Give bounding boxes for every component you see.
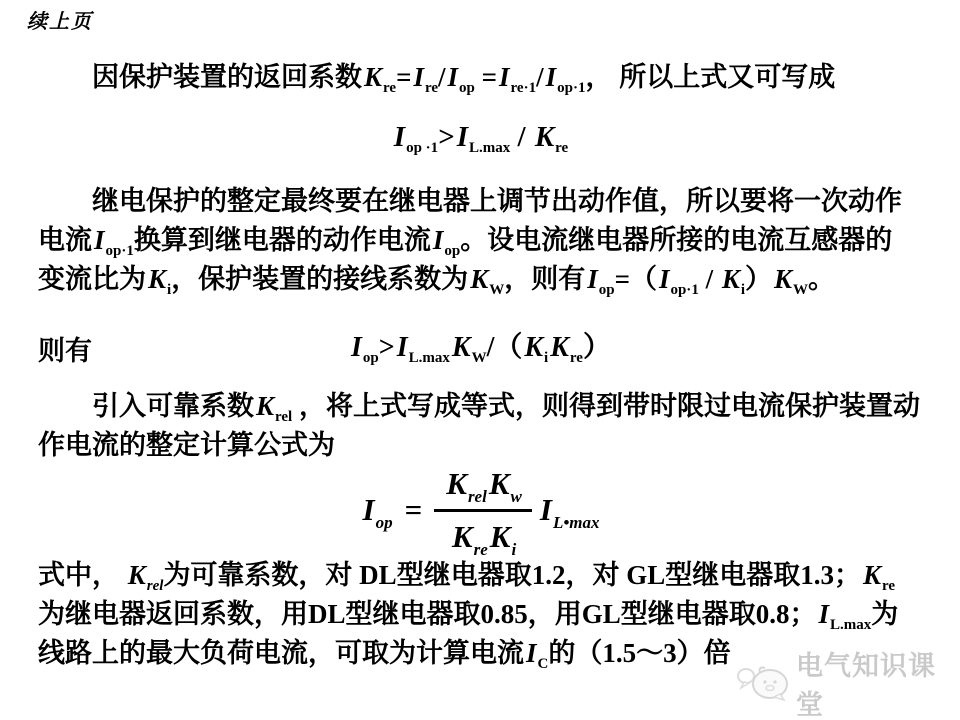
math-variable: I bbox=[446, 62, 460, 92]
text-run: 因保护装置的返回系数 bbox=[92, 62, 362, 92]
watermark-mascot-icon bbox=[736, 656, 792, 711]
text-run: 换算到继电器的动作电流 bbox=[134, 225, 431, 255]
continued-note: 续上页 bbox=[27, 5, 93, 34]
text-run: 式中， bbox=[38, 560, 126, 590]
math-subscript: W bbox=[472, 350, 487, 366]
text-run: 线路上的最大负荷电流，可取为计算电流 bbox=[38, 638, 524, 668]
text-run: 电流 bbox=[38, 225, 92, 255]
watermark-brand-text: 电气知识课堂 bbox=[796, 644, 960, 720]
math-variable: K bbox=[450, 332, 472, 363]
text-run: > bbox=[379, 332, 395, 363]
fraction: KrelKw KreKi bbox=[434, 466, 532, 555]
math-subscript: L.max bbox=[409, 350, 450, 366]
formula-primary-operating-current: Iop ·1>IL.max / Kre bbox=[0, 112, 960, 162]
math-variable: K bbox=[487, 466, 511, 501]
text-run: ，保护装置的接线系数为 bbox=[171, 264, 468, 294]
text-run: ， 所以上式又可写成 bbox=[585, 62, 835, 92]
math-variable: I bbox=[361, 492, 376, 527]
text-run: 继电保护的整定最终要在继电器上调节出动作值，所以要将一次动作 bbox=[92, 186, 902, 216]
math-subscript: re bbox=[570, 350, 583, 366]
math-variable: K bbox=[146, 264, 167, 294]
text-run: 为继电器返回系数，用DL型继电器取0.85，用GL型继电器取0.8； bbox=[38, 599, 817, 629]
math-variable: I bbox=[92, 225, 106, 255]
math-variable: I bbox=[431, 225, 445, 255]
math-variable: I bbox=[411, 62, 425, 92]
math-variable: K bbox=[362, 62, 383, 92]
math-subscript: L•max bbox=[553, 513, 600, 532]
math-variable: I bbox=[395, 332, 409, 363]
paragraph-reliability-coefficient: 引入可靠系数Krel ，将上式写成等式，则得到带时限过电流保护装置动作电流的整定… bbox=[38, 387, 934, 465]
math-subscript: rel bbox=[147, 578, 164, 594]
math-subscript: op bbox=[459, 80, 475, 96]
paragraph-relay-setting: 继电保护的整定最终要在继电器上调节出动作值，所以要将一次动作电流Iop·1换算到… bbox=[38, 182, 934, 299]
zeyou-row: 则有 Iop>IL.maxKW/（KiKre） bbox=[0, 327, 960, 369]
text-line: 继电保护的整定最终要在继电器上调节出动作值，所以要将一次动作 bbox=[38, 182, 934, 221]
math-variable: K bbox=[444, 466, 468, 501]
math-variable: K bbox=[548, 332, 570, 363]
math-subscript: re bbox=[425, 80, 438, 96]
math-variable: I bbox=[544, 62, 558, 92]
text-line: 式中， Krel为可靠系数，对 DL型继电器取1.2，对 GL型继电器取1.3；… bbox=[38, 556, 934, 595]
math-subscript: re bbox=[882, 578, 895, 594]
text-run: / bbox=[699, 264, 720, 294]
text-run: 的（1.5～3）倍 bbox=[548, 638, 730, 668]
math-subscript: op·1 bbox=[106, 243, 134, 259]
text-line: 引入可靠系数Krel ，将上式写成等式，则得到带时限过电流保护装置动 bbox=[38, 387, 934, 426]
math-variable: K bbox=[861, 560, 882, 590]
text-run: = bbox=[396, 62, 411, 92]
math-subscript: op ·1 bbox=[406, 140, 438, 156]
math-variable: I bbox=[657, 264, 671, 294]
math-subscript: L.max bbox=[830, 617, 871, 633]
math-variable: K bbox=[488, 519, 512, 554]
text-run: ） bbox=[583, 332, 611, 363]
math-variable: I bbox=[497, 62, 511, 92]
formula-rhs: IL•max bbox=[538, 492, 600, 528]
math-subscript: re bbox=[383, 80, 396, 96]
math-variable: K bbox=[772, 264, 793, 294]
math-variable: K bbox=[720, 264, 741, 294]
watermark: 电气知识课堂 bbox=[736, 644, 960, 720]
formula-relay-current-inequality: Iop>IL.maxKW/（KiKre） bbox=[0, 327, 960, 369]
text-run: 。设电流继电器所接的电流互感器的 bbox=[460, 225, 892, 255]
math-variable: K bbox=[533, 121, 555, 153]
zeyou-label: 则有 bbox=[38, 329, 92, 368]
text-run: = bbox=[475, 62, 497, 92]
text-run: / bbox=[438, 62, 446, 92]
math-subscript: re·1 bbox=[511, 80, 537, 96]
math-variable: I bbox=[524, 638, 538, 668]
text-run: / bbox=[510, 121, 533, 153]
text-line: 变流比为Ki，保护装置的接线系数为KW，则有Iop=（Iop·1 / Ki）KW… bbox=[38, 260, 934, 299]
math-variable: K bbox=[254, 391, 275, 421]
fraction-denominator: KreKi bbox=[440, 512, 526, 555]
math-variable: K bbox=[126, 560, 147, 590]
text-run: 变流比为 bbox=[38, 264, 146, 294]
text-run: ） bbox=[745, 264, 772, 294]
math-variable: I bbox=[817, 599, 831, 629]
math-subscript: op bbox=[444, 243, 460, 259]
formula-setting-calculation: Iop = KrelKw KreKi IL•max bbox=[0, 458, 960, 562]
text-run: ，则有 bbox=[504, 264, 585, 294]
math-variable: K bbox=[450, 519, 474, 554]
math-subscript: W bbox=[489, 282, 504, 298]
text-line: 为继电器返回系数，用DL型继电器取0.85，用GL型继电器取0.8；IL.max… bbox=[38, 595, 934, 634]
math-subscript: rel bbox=[275, 409, 292, 425]
text-line: 因保护装置的返回系数Kre=Ire/Iop =Ire·1/Iop·1， 所以上式… bbox=[38, 56, 934, 98]
text-run: ，将上式写成等式，则得到带时限过电流保护装置动 bbox=[292, 391, 920, 421]
slide-page: 续上页 因保护装置的返回系数Kre=Ire/Iop =Ire·1/Iop·1， … bbox=[0, 0, 960, 720]
text-run: > bbox=[438, 121, 455, 153]
math-variable: K bbox=[522, 332, 544, 363]
text-run: / bbox=[536, 62, 544, 92]
math-subscript: op·1 bbox=[557, 80, 585, 96]
math-subscript: op bbox=[599, 282, 615, 298]
math-variable: I bbox=[585, 264, 599, 294]
math-subscript: w bbox=[511, 487, 522, 506]
math-subscript: op bbox=[376, 513, 393, 532]
text-line: 电流Iop·1换算到继电器的动作电流Iop。设电流继电器所接的电流互感器的 bbox=[38, 221, 934, 260]
text-run: 为可靠系数，对 DL型继电器取1.2，对 GL型继电器取1.3； bbox=[163, 560, 861, 590]
math-subscript: L.max bbox=[469, 140, 510, 156]
formula-lhs: Iop bbox=[361, 492, 393, 528]
text-run: =（ bbox=[615, 264, 657, 294]
text-run: 为 bbox=[871, 599, 898, 629]
fraction-numerator: KrelKw bbox=[434, 466, 532, 512]
math-subscript: W bbox=[793, 282, 808, 298]
text-run: 引入可靠系数 bbox=[92, 391, 254, 421]
math-variable: I bbox=[538, 492, 553, 527]
math-variable: I bbox=[349, 332, 363, 363]
math-subscript: op bbox=[363, 350, 379, 366]
math-subscript: op·1 bbox=[670, 282, 698, 298]
text-run: 。 bbox=[808, 264, 835, 294]
paragraph-return-coefficient: 因保护装置的返回系数Kre=Ire/Iop =Ire·1/Iop·1， 所以上式… bbox=[38, 56, 934, 98]
text-run: 作电流的整定计算公式为 bbox=[38, 430, 335, 460]
math-subscript: C bbox=[538, 656, 549, 672]
math-variable: I bbox=[455, 121, 469, 153]
math-variable: I bbox=[392, 121, 406, 153]
equals-sign: = bbox=[405, 492, 423, 528]
math-variable: K bbox=[468, 264, 489, 294]
math-subscript: re bbox=[555, 140, 568, 156]
math-subscript: rel bbox=[468, 487, 487, 506]
text-run: /（ bbox=[487, 332, 523, 363]
